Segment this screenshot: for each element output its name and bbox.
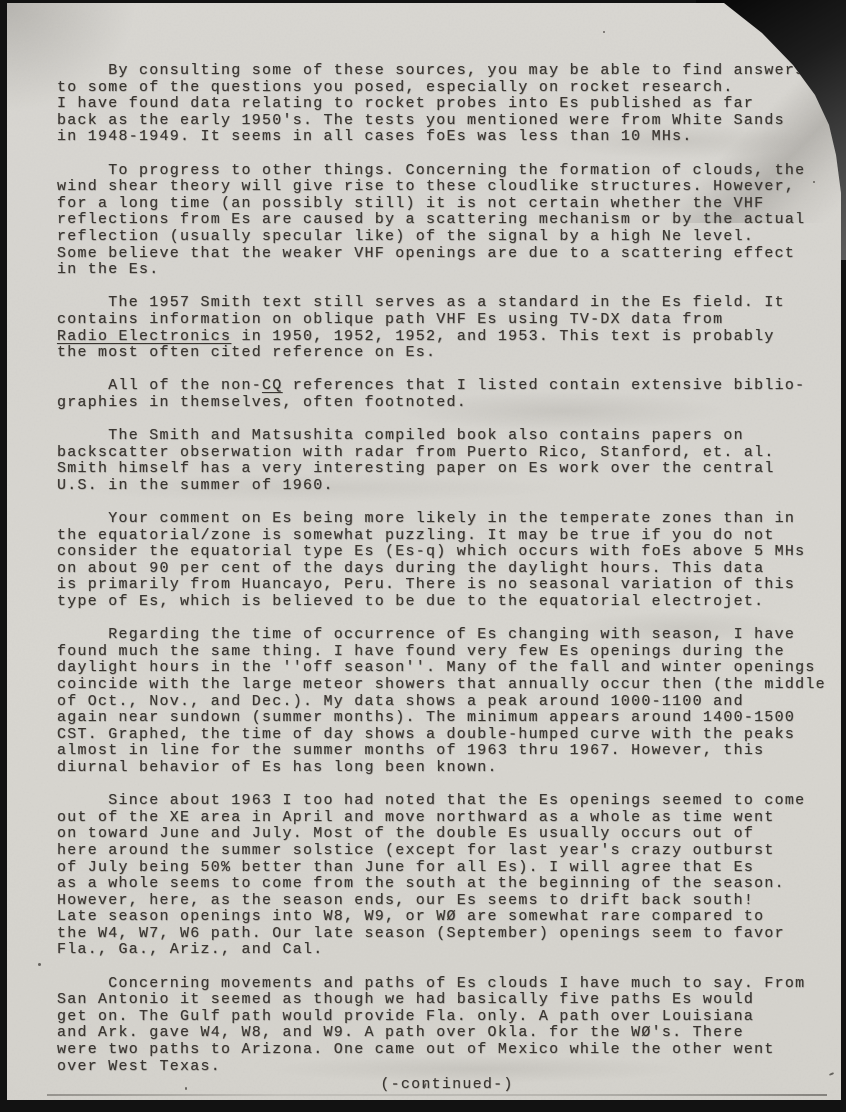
- underlined-text: Radio Electronics: [57, 328, 231, 345]
- ink-speck: [38, 963, 41, 966]
- ink-speck: [603, 31, 605, 33]
- paragraph: Since about 1963 I too had noted that th…: [57, 793, 841, 959]
- paper-crease: [47, 1094, 827, 1096]
- ink-speck: [813, 181, 815, 183]
- paragraph: To progress to other things. Concerning …: [57, 163, 841, 279]
- paragraph: The 1957 Smith text still serves as a st…: [57, 295, 841, 361]
- paragraph: Regarding the time of occurrence of Es c…: [57, 627, 841, 776]
- scanned-page: By consulting some of these sources, you…: [0, 0, 846, 1112]
- letter-content: By consulting some of these sources, you…: [57, 63, 841, 1093]
- paragraph: Your comment on Es being more likely in …: [57, 511, 841, 611]
- letter-body: By consulting some of these sources, you…: [57, 63, 841, 1075]
- paragraph: The Smith and Matsushita compiled book a…: [57, 428, 841, 494]
- paragraph: Concerning movements and paths of Es clo…: [57, 976, 841, 1076]
- paragraph: All of the non-CQ references that I list…: [57, 378, 841, 411]
- ink-speck: [185, 1087, 187, 1090]
- underlined-text: CQ: [262, 377, 283, 394]
- paragraph: By consulting some of these sources, you…: [57, 63, 841, 146]
- continued-note: (-continued-): [57, 1076, 837, 1093]
- paper-sheet: By consulting some of these sources, you…: [7, 3, 841, 1100]
